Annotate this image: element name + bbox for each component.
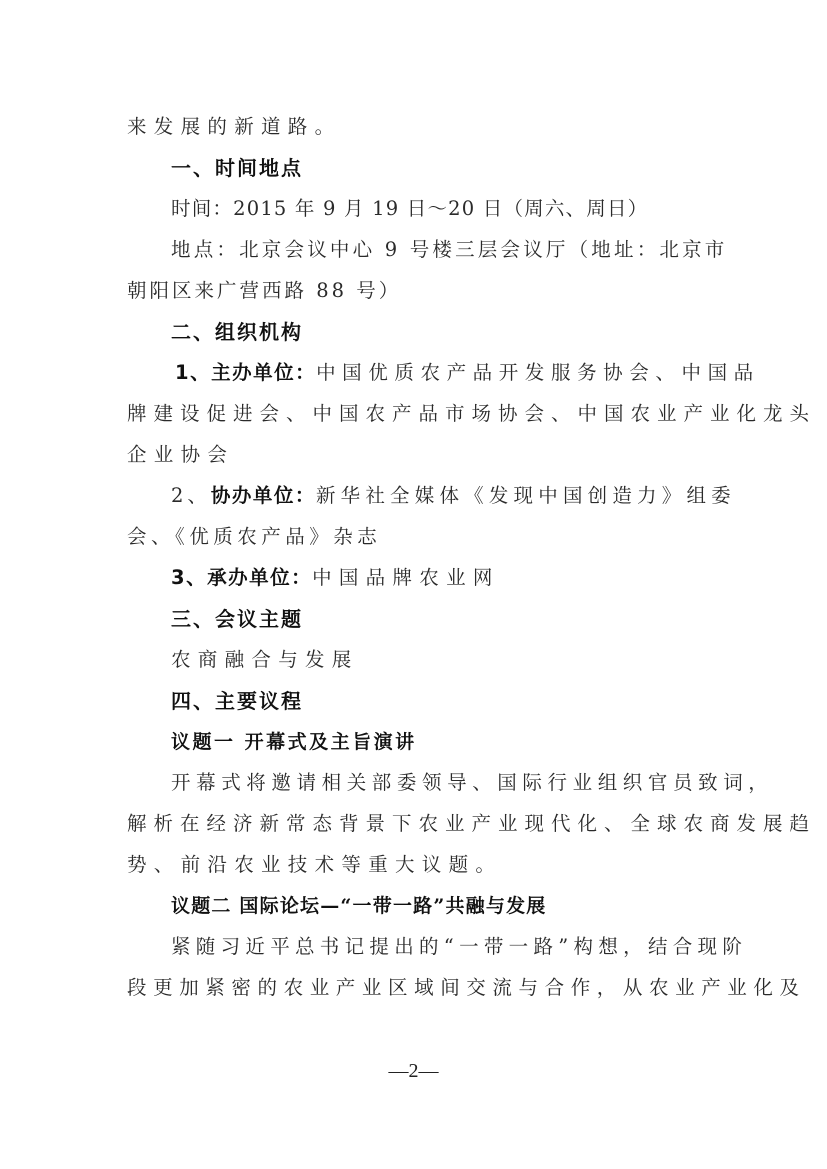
host-units-continuation: 牌建设促进会、中国农产品市场协会、中国农业产业化龙头: [127, 400, 816, 428]
time-line: 时间：2015 年 9 月 19 日～20 日（周六、周日）: [171, 195, 648, 223]
paragraph-continuation: 来发展的新道路。: [127, 113, 341, 141]
page-number: —2—: [0, 1060, 827, 1083]
topic-one-paragraph-cont: 解析在经济新常态背景下农业产业现代化、全球农商发展趋: [127, 810, 816, 838]
place-line: 地点：北京会议中心 9 号楼三层会议厅（地址：北京市: [171, 236, 728, 264]
co-organizers-label: 协办单位：: [211, 484, 316, 507]
section-heading-time-place: 一、时间地点: [171, 154, 303, 182]
topic-one-heading: 议题一 开幕式及主旨演讲: [171, 728, 417, 756]
organizer-label: 3、承办单位：: [171, 566, 312, 589]
theme-text: 农商融合与发展: [171, 646, 359, 674]
co-organizers-continuation: 会、《优质农产品》杂志: [127, 523, 381, 551]
topic-one-paragraph: 开幕式将邀请相关部委领导、国际行业组织官员致词，: [171, 769, 773, 797]
co-organizers-line: 2、协办单位：新华社全媒体《发现中国创造力》组委: [171, 482, 736, 510]
topic-two-paragraph-cont: 段更加紧密的农业产业区域间交流与合作，从农业产业化及: [127, 974, 806, 1002]
section-heading-organization: 二、组织机构: [171, 318, 303, 346]
section-heading-agenda: 四、主要议程: [171, 687, 303, 715]
topic-two-paragraph: 紧随习近平总书记提出的“一带一路”构想，结合现阶: [171, 933, 747, 961]
place-line-continuation: 朝阳区来广营西路 88 号）: [127, 277, 401, 305]
host-units-text: 中国优质农产品开发服务协会、中国品: [316, 361, 760, 384]
organizer-text: 中国品牌农业网: [312, 566, 500, 589]
co-organizers-number: 2、: [171, 484, 211, 507]
host-units-continuation-2: 企业协会: [127, 441, 234, 469]
topic-one-paragraph-cont-2: 势、前沿农业技术等重大议题。: [127, 851, 502, 879]
co-organizers-text: 新华社全媒体《发现中国创造力》组委: [316, 484, 736, 507]
section-heading-theme: 三、会议主题: [171, 605, 303, 633]
topic-two-heading: 议题二 国际论坛—“一带一路”共融与发展: [171, 892, 546, 920]
host-units-line: 1、主办单位：中国优质农产品开发服务协会、中国品: [175, 359, 760, 387]
host-units-label: 1、主办单位：: [175, 361, 316, 384]
organizer-line: 3、承办单位：中国品牌农业网: [171, 564, 500, 592]
